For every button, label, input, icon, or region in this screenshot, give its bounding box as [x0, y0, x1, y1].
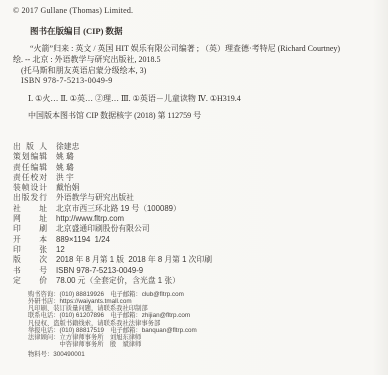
copyright-notice: © 2017 Gullane (Thomas) Limited. — [13, 6, 133, 15]
book-colophon-page: © 2017 Gullane (Thomas) Limited. 图书在版编目 … — [0, 0, 388, 375]
row-label: 策划编辑 — [13, 152, 47, 162]
row-label: 定价 — [13, 276, 47, 286]
cip-heading: 图书在版编目 (CIP) 数据 — [30, 25, 123, 37]
table-row-planning-editor: 策划编辑 姚 璐 — [13, 152, 373, 162]
table-row-sheets: 印张 12 — [13, 245, 373, 255]
cip-description-line2: 绘. -- 北京 : 外语教学与研究出版社, 2018.5 — [13, 54, 161, 65]
row-value: ISBN 978-7-5213-0049-9 — [56, 266, 143, 276]
row-value: 889×1194 1/24 — [56, 235, 110, 245]
row-value: 北京盛通印刷股份有限公司 — [56, 224, 150, 234]
row-value: 姚 璐 — [56, 163, 74, 173]
piracy-notice-line: 凡侵权、盗版书籍线索，请联系我社法律事务部 — [28, 320, 358, 327]
row-value: 姚 璐 — [56, 152, 74, 162]
row-label: 印刷 — [13, 224, 47, 234]
isbn-number: ISBN 978-7-5213-0049-9 — [21, 76, 113, 85]
row-value: 徐建忠 — [56, 142, 79, 152]
row-label: 版次 — [13, 255, 47, 265]
row-label: 书号 — [13, 266, 47, 276]
row-label: 印张 — [13, 245, 47, 255]
legal-counsel-line2: 中咨律师事务所 殷 斌律师 — [28, 341, 358, 348]
cip-description-line1: “火箭”归来 : 英文 / 英国 HIT 娱乐有限公司编著 ; （英）理查德·考… — [30, 43, 340, 54]
table-row-format: 开本 889×1194 1/24 — [13, 235, 373, 245]
row-value: 洪 宇 — [56, 173, 74, 183]
table-row-website: 网址 http://www.fltrp.com — [13, 214, 373, 224]
contact-info-block: 购书咨询：(010) 88819926 电子邮箱：club@fltrp.com … — [28, 291, 358, 358]
row-value: 12 — [56, 245, 65, 255]
piracy-report-contact-line: 举报电话：(010) 88817519 电子邮箱：banquan@fltrp.c… — [28, 327, 358, 334]
row-value: 戴怡娟 — [56, 183, 79, 193]
row-value: 78.00 元（全套定价，含光盘 1 张） — [56, 276, 180, 286]
row-label: 出版发行 — [13, 193, 47, 203]
row-label: 装帧设计 — [13, 183, 47, 193]
print-dept-contact-line: 联系电话：(010) 61207896 电子邮箱：zhijian@fltrp.c… — [28, 312, 358, 319]
row-label: 网址 — [13, 214, 47, 224]
row-value: http://www.fltrp.com — [56, 214, 124, 224]
row-value: 北京市西三环北路 19 号（100089） — [56, 204, 181, 214]
table-row-printer: 印刷 北京盛通印刷股份有限公司 — [13, 224, 373, 234]
row-value: 外语教学与研究出版社 — [56, 193, 134, 203]
table-row-book-number: 书号 ISBN 978-7-5213-0049-9 — [13, 266, 373, 276]
row-label: 责任编辑 — [13, 163, 47, 173]
cip-classification: Ⅰ. ①火… Ⅱ. ①英… ②理… Ⅲ. ①英语－儿童读物 Ⅳ. ①H319.4 — [28, 93, 241, 104]
series-note: (托马斯和朋友英语启蒙分级绘本, 3) — [21, 65, 146, 76]
table-row-address: 社址 北京市西三环北路 19 号（100089） — [13, 204, 373, 214]
table-row-designer: 装帧设计 戴怡娟 — [13, 183, 373, 193]
row-label: 责任校对 — [13, 173, 47, 183]
cip-record-number: 中国版本图书馆 CIP 数据核字 (2018) 第 112759 号 — [28, 110, 201, 121]
row-label: 开本 — [13, 235, 47, 245]
table-row-publisher: 出版发行 外语教学与研究出版社 — [13, 193, 373, 203]
table-row-publisher-person: 出版人 徐建忠 — [13, 142, 373, 152]
table-row-proofreader: 责任校对 洪 宇 — [13, 173, 373, 183]
row-value: 2018 年 8 月第 1 版 2018 年 8 月第 1 次印刷 — [56, 255, 212, 265]
row-label: 出版人 — [13, 142, 47, 152]
table-row-price: 定价 78.00 元（全套定价，含光盘 1 张） — [13, 276, 373, 286]
table-row-edition: 版次 2018 年 8 月第 1 版 2018 年 8 月第 1 次印刷 — [13, 255, 373, 265]
material-number-line: 物料号：300490001 — [28, 351, 358, 358]
table-row-responsible-editor: 责任编辑 姚 璐 — [13, 163, 373, 173]
publication-info-table: 出版人 徐建忠 策划编辑 姚 璐 责任编辑 姚 璐 责任校对 洪 宇 装帧设计 … — [13, 142, 373, 286]
row-label: 社址 — [13, 204, 47, 214]
